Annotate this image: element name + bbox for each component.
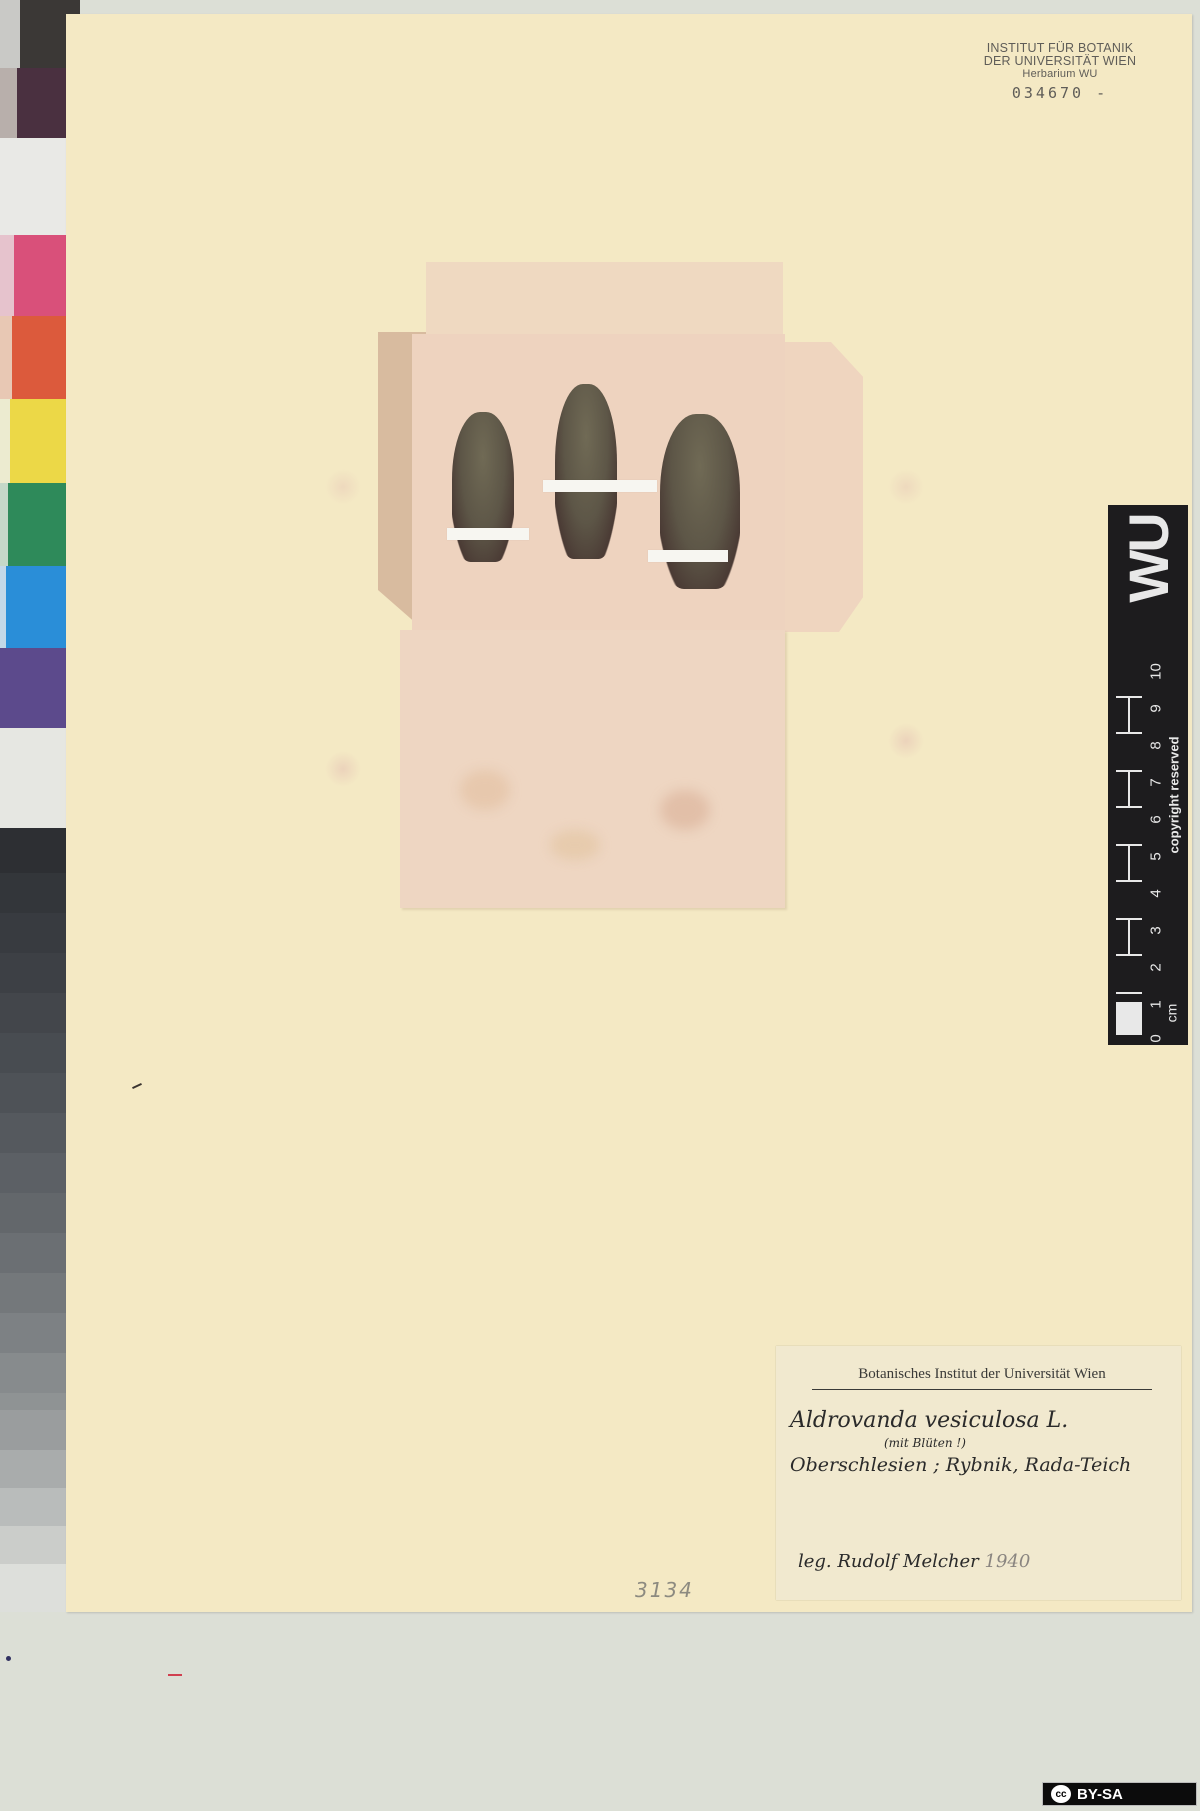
- gray-step: [0, 1410, 66, 1450]
- gray-step: [0, 1233, 66, 1273]
- envelope-main-panel: [412, 334, 785, 632]
- gray-step: [0, 1073, 66, 1113]
- color-patch-purple: [0, 648, 70, 728]
- envelope-bottom-panel: [400, 630, 785, 908]
- accession-number: 034670 -: [970, 87, 1150, 100]
- wu-logo: WU: [1098, 527, 1198, 591]
- gray-step: [0, 1033, 66, 1073]
- envelope-right-flap: [783, 342, 863, 632]
- gray-step: [0, 1273, 66, 1313]
- scale-bar: WU 10 9 8 7 6 5 4 3 2 1 0 copyright rese…: [1108, 505, 1188, 1045]
- specimen-label: Botanisches Institut der Universität Wie…: [776, 1346, 1181, 1600]
- gray-step: [0, 828, 66, 873]
- gray-step: [0, 1564, 66, 1612]
- cc-icon: cc: [1051, 1785, 1071, 1803]
- gray-step: [0, 1488, 66, 1526]
- license-text: BY-SA: [1077, 1786, 1123, 1803]
- mounting-tape-2: [543, 480, 657, 492]
- gray-step: [0, 1153, 66, 1193]
- gray-step: [0, 993, 66, 1033]
- pencil-number: 3134: [635, 1578, 694, 1602]
- institution-stamp: INSTITUT FÜR BOTANIK DER UNIVERSITÄT WIE…: [970, 42, 1150, 100]
- taxon-name: Aldrovanda vesiculosa L.: [790, 1408, 1068, 1433]
- mounting-tape-1: [447, 528, 529, 540]
- specimen-plant-3: [660, 414, 740, 589]
- ink-dot: [6, 1656, 11, 1661]
- ruler: [1116, 660, 1142, 1035]
- envelope-top-flap: [426, 262, 783, 342]
- locality: Oberschlesien ; Rybnik, Rada-Teich: [790, 1454, 1131, 1476]
- gray-step: [0, 1393, 66, 1410]
- gray-step: [0, 953, 66, 993]
- gray-step: [0, 913, 66, 953]
- collection-year: 1940: [985, 1551, 1031, 1572]
- specimen-plant-2: [555, 384, 617, 559]
- copyright-notice: copyright reserved: [1166, 675, 1182, 915]
- label-header: Botanisches Institut der Universität Wie…: [812, 1366, 1152, 1390]
- gray-step: [0, 873, 66, 913]
- gray-step: [0, 1313, 66, 1353]
- red-mark: [168, 1674, 182, 1676]
- stamp-line-3: Herbarium WU: [970, 68, 1150, 81]
- collector: leg. Rudolf Melcher 1940: [798, 1551, 1030, 1572]
- collector-name: leg. Rudolf Melcher: [798, 1551, 979, 1572]
- mounting-tape-3: [648, 550, 728, 562]
- gray-step: [0, 1193, 66, 1233]
- unit-label: cm: [1163, 1004, 1179, 1023]
- stamp-line-2: DER UNIVERSITÄT WIEN: [970, 55, 1150, 68]
- gray-step: [0, 1526, 66, 1564]
- gray-step: [0, 1450, 66, 1488]
- license-badge: cc BY-SA: [1042, 1782, 1197, 1806]
- taxon-note: (mit Blüten !): [884, 1436, 966, 1450]
- color-patch-white-2: [0, 728, 70, 828]
- gray-step: [0, 1353, 66, 1393]
- gray-step: [0, 1113, 66, 1153]
- ruler-tick-labels: 10 9 8 7 6 5 4 3 2 1 0: [1146, 655, 1166, 1040]
